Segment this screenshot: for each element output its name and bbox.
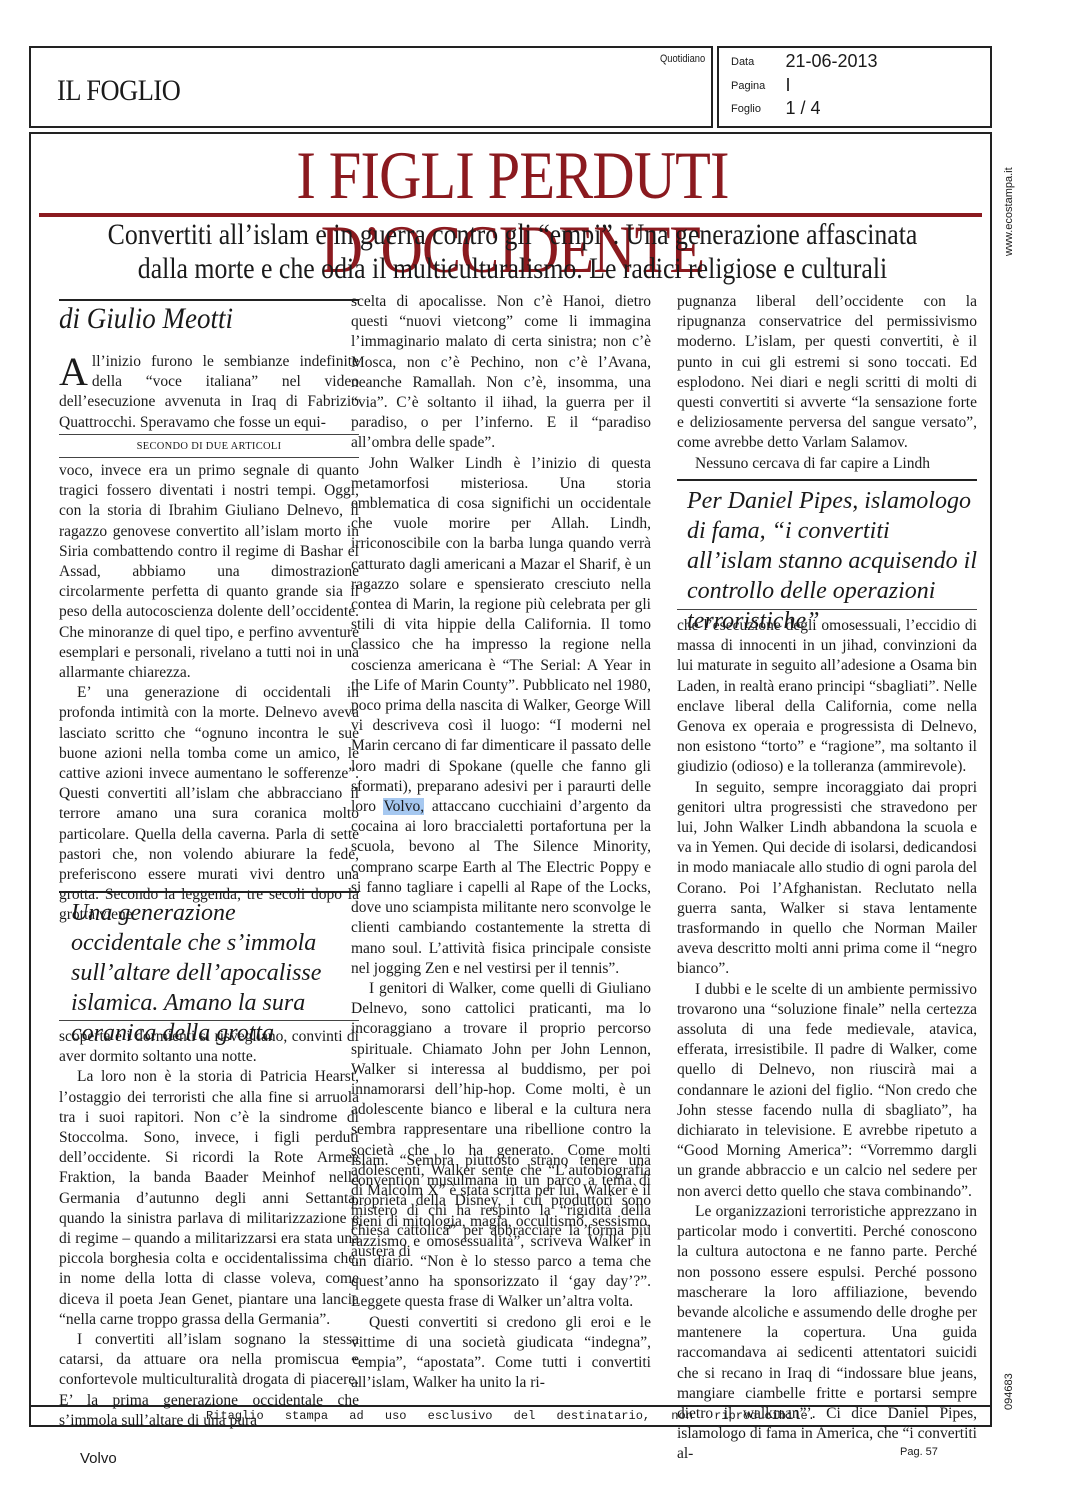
headline-rule xyxy=(39,213,982,217)
column-2-bottom: islam. “Sembra piuttosto strano tenere u… xyxy=(351,1151,651,1393)
clipping-meta-box: Data 21-06-2013 Pagina I Foglio 1 / 4 xyxy=(717,46,992,128)
column-1-bottom: scoperta e i dormienti si risvegliano, c… xyxy=(59,1027,359,1431)
drop-cap: A xyxy=(59,356,88,388)
column-3-top: pugnanza liberal dell’occidente con la r… xyxy=(677,292,977,474)
reproduction-notice: Ritaglio stampa ad uso esclusivo del des… xyxy=(29,1405,992,1427)
masthead-box: IL FOGLIO Quotidiano xyxy=(29,46,713,128)
serial-number: 094683 xyxy=(1003,1370,1040,1382)
ecostampa-watermark: www.ecostampa.it xyxy=(1003,146,1021,266)
byline: di Giulio Meotti xyxy=(59,302,329,336)
divider xyxy=(59,434,359,435)
divider xyxy=(59,1020,359,1021)
column-1-top: voco, invece era un primo segnale di qua… xyxy=(59,461,359,926)
pull-quote: Per Daniel Pipes, islamologo di fama, “i… xyxy=(687,486,977,636)
divider xyxy=(677,479,977,481)
article-frame: I FIGLI PERDUTI D’OCCIDENTE Convertiti a… xyxy=(29,132,992,1407)
divider xyxy=(59,299,359,301)
meta-page: Pagina I xyxy=(731,75,790,96)
subheadline: Convertiti all’islam e in guerra contro … xyxy=(98,218,926,286)
page-number: Pag. 57 xyxy=(900,1446,938,1458)
column-3-bottom: che l’esecuzione degli omosessuali, l’ec… xyxy=(677,616,977,1465)
publication-type: Quotidiano xyxy=(660,53,705,65)
keyword-label: Volvo xyxy=(80,1450,117,1467)
intro-text: All’inizio furono le sembianze indefinit… xyxy=(59,352,359,433)
newspaper-name: IL FOGLIO xyxy=(57,74,180,108)
meta-date: Data 21-06-2013 xyxy=(731,51,878,72)
divider xyxy=(677,609,977,610)
highlighted-keyword: Volvo, xyxy=(383,798,424,815)
divider xyxy=(59,891,359,893)
pull-quote: Una generazione occidentale che s’immola… xyxy=(71,898,351,1048)
divider xyxy=(59,457,359,458)
meta-sheet: Foglio 1 / 4 xyxy=(731,98,820,119)
column-2: scelta di apocalisse. Non c’è Hanoi, die… xyxy=(351,292,651,1262)
series-label: SECONDO DI DUE ARTICOLI xyxy=(59,441,359,452)
